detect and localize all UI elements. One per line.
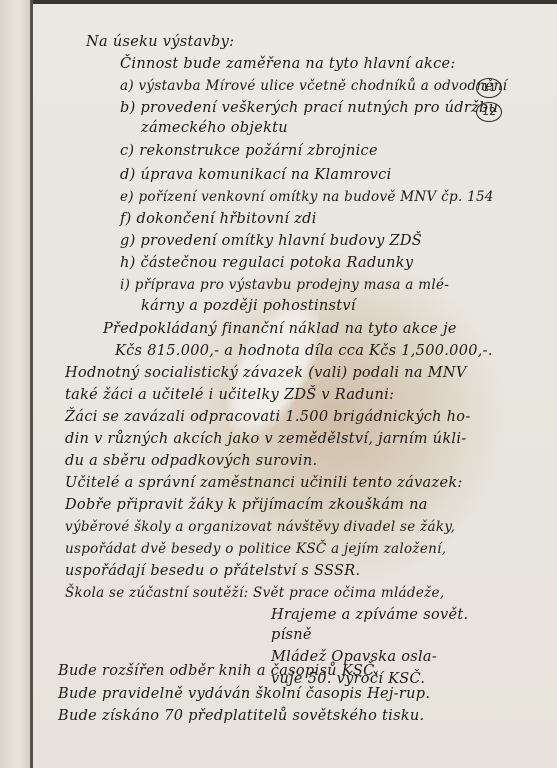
text-line: Bude rozšířen odběr knih a časopisů KSČ. bbox=[58, 663, 379, 679]
list-item-f: f) dokončení hřbitovní zdi bbox=[120, 211, 317, 227]
text-line: Kčs 815.000,- a hodnota díla cca Kčs 1,5… bbox=[115, 343, 493, 359]
list-item-d: d) úprava komunikací na Klamrovci bbox=[120, 167, 392, 183]
text-line: Učitelé a správní zaměstnanci učinili te… bbox=[65, 475, 463, 491]
list-item-a: a) výstavba Mírové ulice včetně chodníků… bbox=[120, 78, 507, 94]
previous-page-edge bbox=[0, 0, 32, 768]
list-item-b: b) provedení veškerých prací nutných pro… bbox=[120, 100, 498, 116]
text-line: výběrové školy a organizovat návštěvy di… bbox=[65, 519, 455, 535]
text-line: Činnost bude zaměřena na tyto hlavní akc… bbox=[120, 56, 456, 72]
text-line: du a sběru odpadkových surovin. bbox=[65, 453, 317, 469]
text-line: Dobře připravit žáky k přijímacím zkoušk… bbox=[65, 497, 428, 513]
text-line: Škola se zúčastní soutěží: Svět prace oč… bbox=[65, 585, 444, 601]
text-line: Hodnotný socialistický závazek (vali) po… bbox=[65, 365, 467, 381]
chronicle-page: Na úseku výstavby: Činnost bude zaměřena… bbox=[33, 4, 557, 768]
text-line: Žáci se zavázali odpracovati 1.500 brigá… bbox=[65, 409, 471, 425]
text-line: Bude pravidelně vydáván školní časopis H… bbox=[58, 686, 430, 702]
text-line: din v různých akcích jako v zemědělství,… bbox=[65, 431, 466, 447]
list-item-i: i) příprava pro výstavbu prodejny masa a… bbox=[120, 277, 449, 293]
margin-number-badge: 12 bbox=[476, 102, 502, 122]
text-line: uspořádají besedu o přátelství s SSSR. bbox=[65, 563, 360, 579]
margin-number-badge: 11 bbox=[476, 78, 502, 98]
list-item-h: h) částečnou regulaci potoka Radunky bbox=[120, 255, 413, 271]
text-line: Předpokládaný finanční náklad na tyto ak… bbox=[103, 321, 457, 337]
text-line: Hrajeme a zpíváme sovět. bbox=[271, 607, 468, 623]
list-item-b-cont: zámeckého objektu bbox=[141, 120, 288, 136]
section-heading: Na úseku výstavby: bbox=[86, 34, 234, 50]
list-item-g: g) provedení omítky hlavní budovy ZDŠ bbox=[120, 233, 422, 249]
text-line: písně bbox=[271, 627, 312, 643]
text-line: uspořádat dvě besedy o politice KSČ a je… bbox=[65, 541, 446, 557]
list-item-c: c) rekonstrukce požární zbrojnice bbox=[120, 143, 378, 159]
list-item-e: e) pořízení venkovní omítky na budově MN… bbox=[120, 189, 494, 205]
text-line: Bude získáno 70 předplatitelů sovětského… bbox=[58, 708, 424, 724]
text-line: také žáci a učitelé i učitelky ZDŠ v Rad… bbox=[65, 387, 394, 403]
list-item-i-cont: kárny a později pohostinství bbox=[141, 298, 356, 314]
